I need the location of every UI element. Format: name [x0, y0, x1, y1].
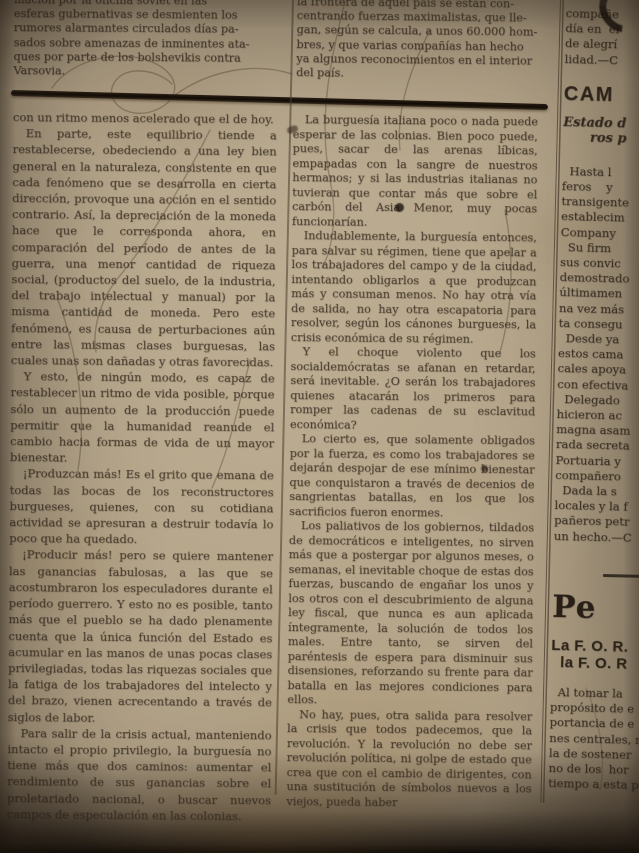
- article-paragraph: Para salir de la crisis actual, mantenie…: [7, 725, 272, 825]
- text-line: del país.: [296, 66, 546, 83]
- text-line: Varsovia.: [13, 64, 283, 80]
- top-middle-article-fragment: la frontera de aquel país se están con-c…: [296, 0, 547, 83]
- article-paragraph: Los paliativos de los gobiernos, tildado…: [287, 519, 534, 710]
- left-column: con un ritmo menos acelerado que el de h…: [7, 109, 277, 824]
- article-paragraph: Lo cierto es, que solamente obligados po…: [289, 432, 535, 521]
- article-paragraph: Y el choque violento que los socialdemóc…: [290, 345, 536, 434]
- article-paragraph: No hay, pues, otra salida para resolver …: [286, 707, 532, 811]
- article-paragraph: Indudablemente, la burguesía entonces, p…: [291, 229, 537, 347]
- subheadline-for: La F. O. R. la F. O. R: [551, 637, 639, 673]
- top-left-article-fragment: mación por la oficina soviet en lasesfer…: [13, 0, 284, 80]
- right-column-article-1: Hasta lferos ytransigenteestablecimCompa…: [554, 164, 639, 546]
- headline-pe: Pe: [552, 590, 639, 626]
- subheadline-estado: Estado d ros p: [563, 115, 639, 147]
- text-line: lidad.—C: [564, 52, 639, 69]
- middle-column: La burguesía italiana poco o nada puede …: [286, 113, 538, 811]
- article-paragraph: La burguesía italiana poco o nada puede …: [292, 113, 538, 231]
- article-divider: [603, 574, 639, 578]
- headline-cam: CAM: [564, 82, 639, 108]
- text-line: portancia de e: [549, 715, 639, 732]
- text-line: rumores alarmantes circulados días pa-: [14, 21, 284, 37]
- text-line: un hecho.—C: [554, 529, 639, 546]
- newspaper-photo: mación por la oficina soviet en lasesfer…: [0, 0, 639, 853]
- text-line: tiempo a esta p: [548, 776, 639, 793]
- article-paragraph: En parte, este equilibrio tiende a resta…: [11, 125, 277, 370]
- right-column-article-2: Al tomar lapropósito de eportancia de en…: [548, 685, 639, 794]
- article-paragraph: ¡Producir más! pero se quiere mantener l…: [8, 546, 274, 727]
- ink-blot: [395, 203, 404, 212]
- article-paragraph: ¡Produzcan más! Es el grito que emana de…: [9, 465, 274, 548]
- ink-blot: [481, 465, 488, 472]
- subheadline-line: la F. O. R: [551, 654, 639, 673]
- article-paragraph: Y esto, de ningún modo, es capaz de rest…: [10, 368, 275, 468]
- subheadline-line: ros p: [563, 130, 639, 147]
- subheadline-line: La F. O. R.: [551, 637, 639, 656]
